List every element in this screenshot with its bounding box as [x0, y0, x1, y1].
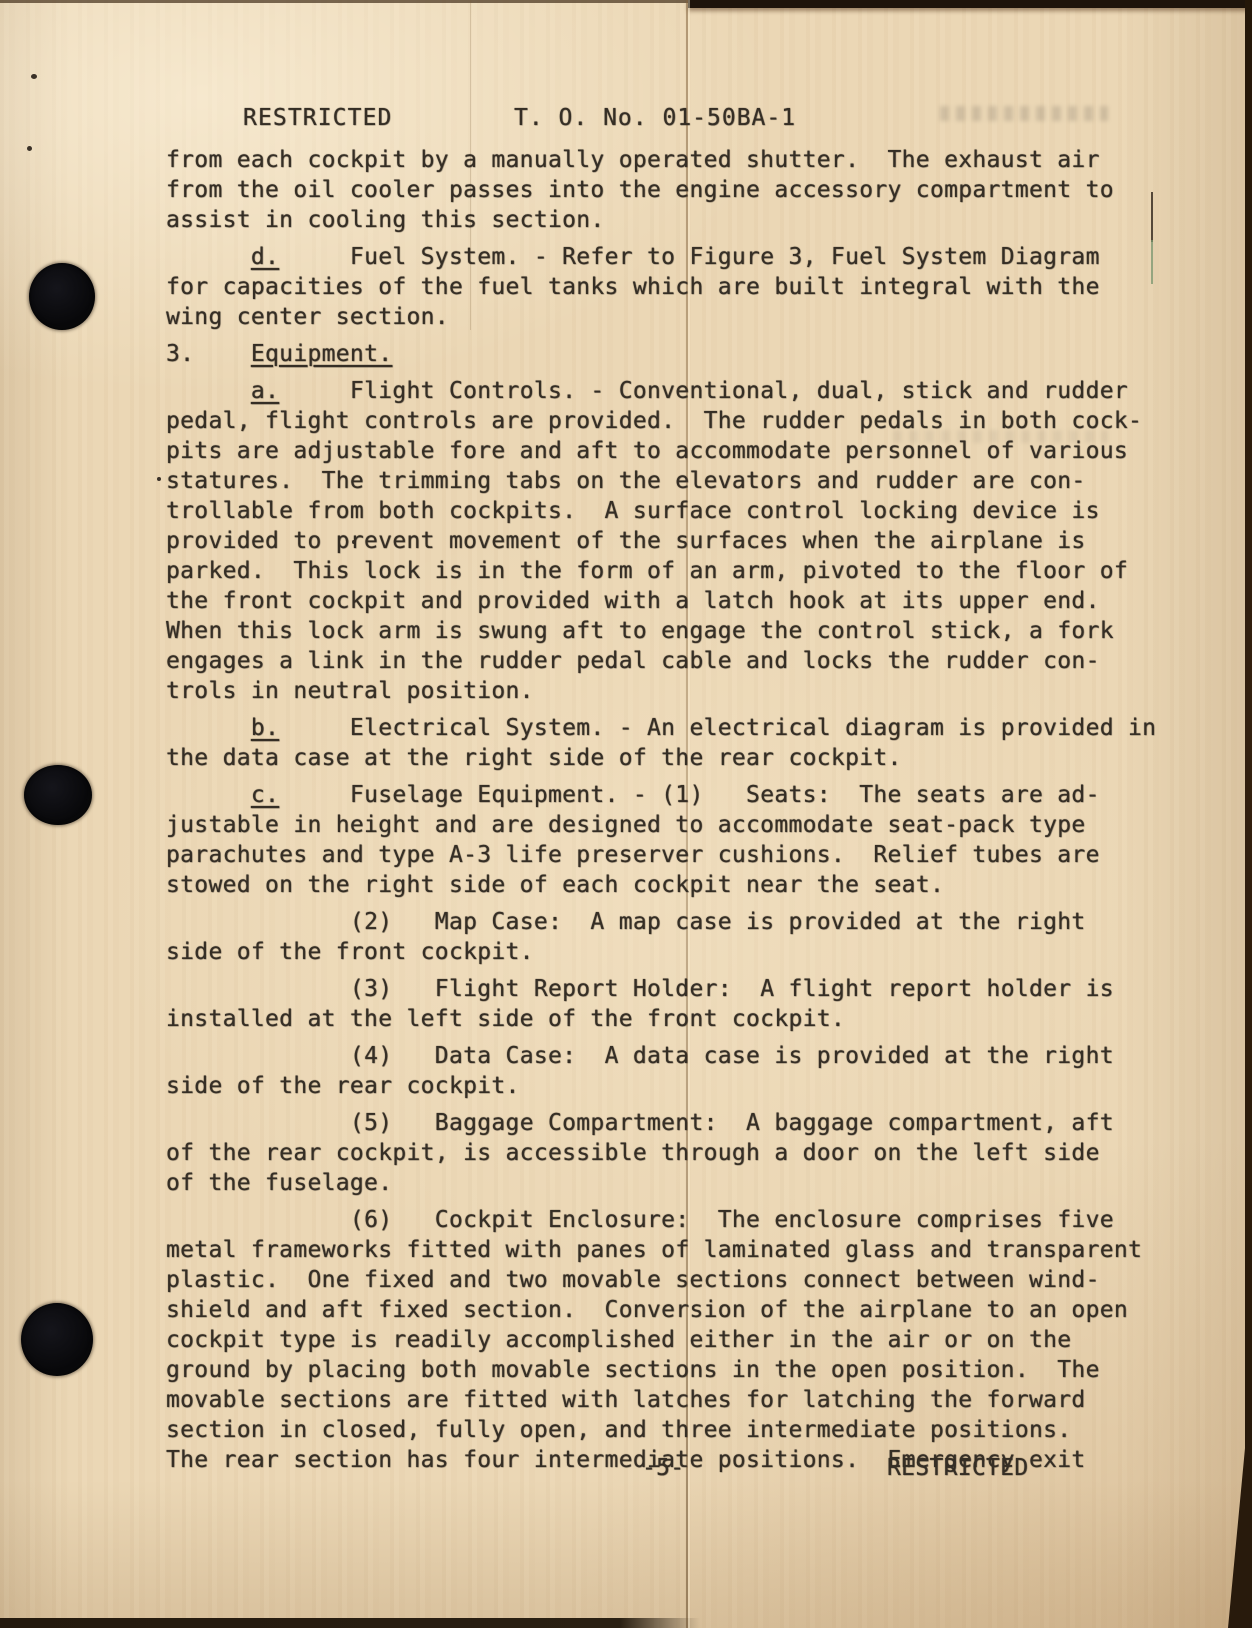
- text-line: wing center section.: [166, 302, 1206, 332]
- text-line: stowed on the right side of each cockpit…: [166, 870, 1206, 900]
- page-right-edge: [1245, 0, 1252, 1628]
- text-line: When this lock arm is swung aft to engag…: [166, 616, 1206, 646]
- text-line: from the oil cooler passes into the engi…: [166, 175, 1206, 205]
- text-line: from each cockpit by a manually operated…: [166, 145, 1206, 175]
- text-line: side of the front cockpit.: [166, 937, 1206, 967]
- text-line: pedal, flight controls are provided. The…: [166, 406, 1206, 436]
- text-line: a. Flight Controls. - Conventional, dual…: [166, 376, 1206, 406]
- text-line: The rear section has four intermediate p…: [166, 1445, 1206, 1475]
- paragraph-6-cockpit-enclosure: (6) Cockpit Enclosure: The enclosure com…: [166, 1205, 1206, 1475]
- text-line: side of the rear cockpit.: [166, 1071, 1206, 1101]
- dust-speck: [27, 146, 32, 151]
- text-line: the front cockpit and provided with a la…: [166, 586, 1206, 616]
- text-line: cockpit type is readily accomplished eit…: [166, 1325, 1206, 1355]
- text-line: assist in cooling this section.: [166, 205, 1206, 235]
- text-line: engages a link in the rudder pedal cable…: [166, 646, 1206, 676]
- paragraph-a-flight-controls: a. Flight Controls. - Conventional, dual…: [166, 376, 1206, 706]
- text-line: ground by placing both movable sections …: [166, 1355, 1206, 1385]
- text-line: movable sections are fitted with latches…: [166, 1385, 1206, 1415]
- underlined-label: a.: [251, 378, 279, 404]
- document-body: from each cockpit by a manually operated…: [166, 145, 1206, 1482]
- footer-classification: RESTRICTED: [887, 1453, 1028, 1483]
- page-right-edge-bottom: [1228, 1430, 1252, 1628]
- paragraph-3-flight-report-holder: (3) Flight Report Holder: A flight repor…: [166, 974, 1206, 1034]
- footer-page-number: -5-: [642, 1453, 684, 1483]
- underlined-label: d.: [251, 244, 279, 270]
- text-line: provided to prevent movement of the surf…: [166, 526, 1206, 556]
- text-line: trols in neutral position.: [166, 676, 1206, 706]
- page-top-edge-left: [0, 0, 700, 3]
- text-line: trollable from both cockpits. A surface …: [166, 496, 1206, 526]
- text-line: the data case at the right side of the r…: [166, 743, 1206, 773]
- page-top-edge-right: [688, 0, 1252, 8]
- scanned-page: RESTRICTED T. O. No. 01-50BA-1 from each…: [0, 0, 1252, 1628]
- header-doc-number: T. O. No. 01-50BA-1: [514, 103, 796, 133]
- header-classification: RESTRICTED: [243, 103, 392, 133]
- text-line: parked. This lock is in the form of an a…: [166, 556, 1206, 586]
- punch-hole-top: [29, 263, 95, 330]
- text-line: of the fuselage.: [166, 1168, 1206, 1198]
- heading-3-equipment: 3. Equipment.: [166, 339, 1206, 369]
- text-line: section in closed, fully open, and three…: [166, 1415, 1206, 1445]
- paragraph-5-baggage-compartment: (5) Baggage Compartment: A baggage compa…: [166, 1108, 1206, 1198]
- text-line: shield and aft fixed section. Conversion…: [166, 1295, 1206, 1325]
- text-line: for capacities of the fuel tanks which a…: [166, 272, 1206, 302]
- paragraph-b-electrical-system: b. Electrical System. - An electrical di…: [166, 713, 1206, 773]
- text-line: (3) Flight Report Holder: A flight repor…: [166, 974, 1206, 1004]
- paragraph-cooling-continued: from each cockpit by a manually operated…: [166, 145, 1206, 235]
- page-bottom-edge: [0, 1618, 700, 1628]
- text-line: (5) Baggage Compartment: A baggage compa…: [166, 1108, 1206, 1138]
- text-line: (2) Map Case: A map case is provided at …: [166, 907, 1206, 937]
- text-line: d. Fuel System. - Refer to Figure 3, Fue…: [166, 242, 1206, 272]
- text-line: parachutes and type A-3 life preserver c…: [166, 840, 1206, 870]
- paragraph-2-map-case: (2) Map Case: A map case is provided at …: [166, 907, 1206, 967]
- text-line: 3. Equipment.: [166, 339, 1206, 369]
- text-line: (4) Data Case: A data case is provided a…: [166, 1041, 1206, 1071]
- underlined-label: Equipment.: [251, 341, 392, 367]
- erased-text-smudge: [940, 106, 1108, 121]
- text-line: metal frameworks fitted with panes of la…: [166, 1235, 1206, 1265]
- text-line: b. Electrical System. - An electrical di…: [166, 713, 1206, 743]
- punch-hole-middle: [24, 765, 92, 825]
- text-line: statures. The trimming tabs on the eleva…: [166, 466, 1206, 496]
- punch-hole-bottom: [21, 1303, 93, 1376]
- text-line: plastic. One fixed and two movable secti…: [166, 1265, 1206, 1295]
- text-line: of the rear cockpit, is accessible throu…: [166, 1138, 1206, 1168]
- text-line: c. Fuselage Equipment. - (1) Seats: The …: [166, 780, 1206, 810]
- dust-speck: [31, 74, 37, 79]
- underlined-label: b.: [251, 715, 279, 741]
- paragraph-d-fuel-system: d. Fuel System. - Refer to Figure 3, Fue…: [166, 242, 1206, 332]
- dust-speck: [157, 477, 161, 481]
- paragraph-4-data-case: (4) Data Case: A data case is provided a…: [166, 1041, 1206, 1101]
- text-line: justable in height and are designed to a…: [166, 810, 1206, 840]
- paragraph-c-fuselage-equipment-seats: c. Fuselage Equipment. - (1) Seats: The …: [166, 780, 1206, 900]
- underlined-label: c.: [251, 782, 279, 808]
- text-line: pits are adjustable fore and aft to acco…: [166, 436, 1206, 466]
- text-line: (6) Cockpit Enclosure: The enclosure com…: [166, 1205, 1206, 1235]
- text-line: installed at the left side of the front …: [166, 1004, 1206, 1034]
